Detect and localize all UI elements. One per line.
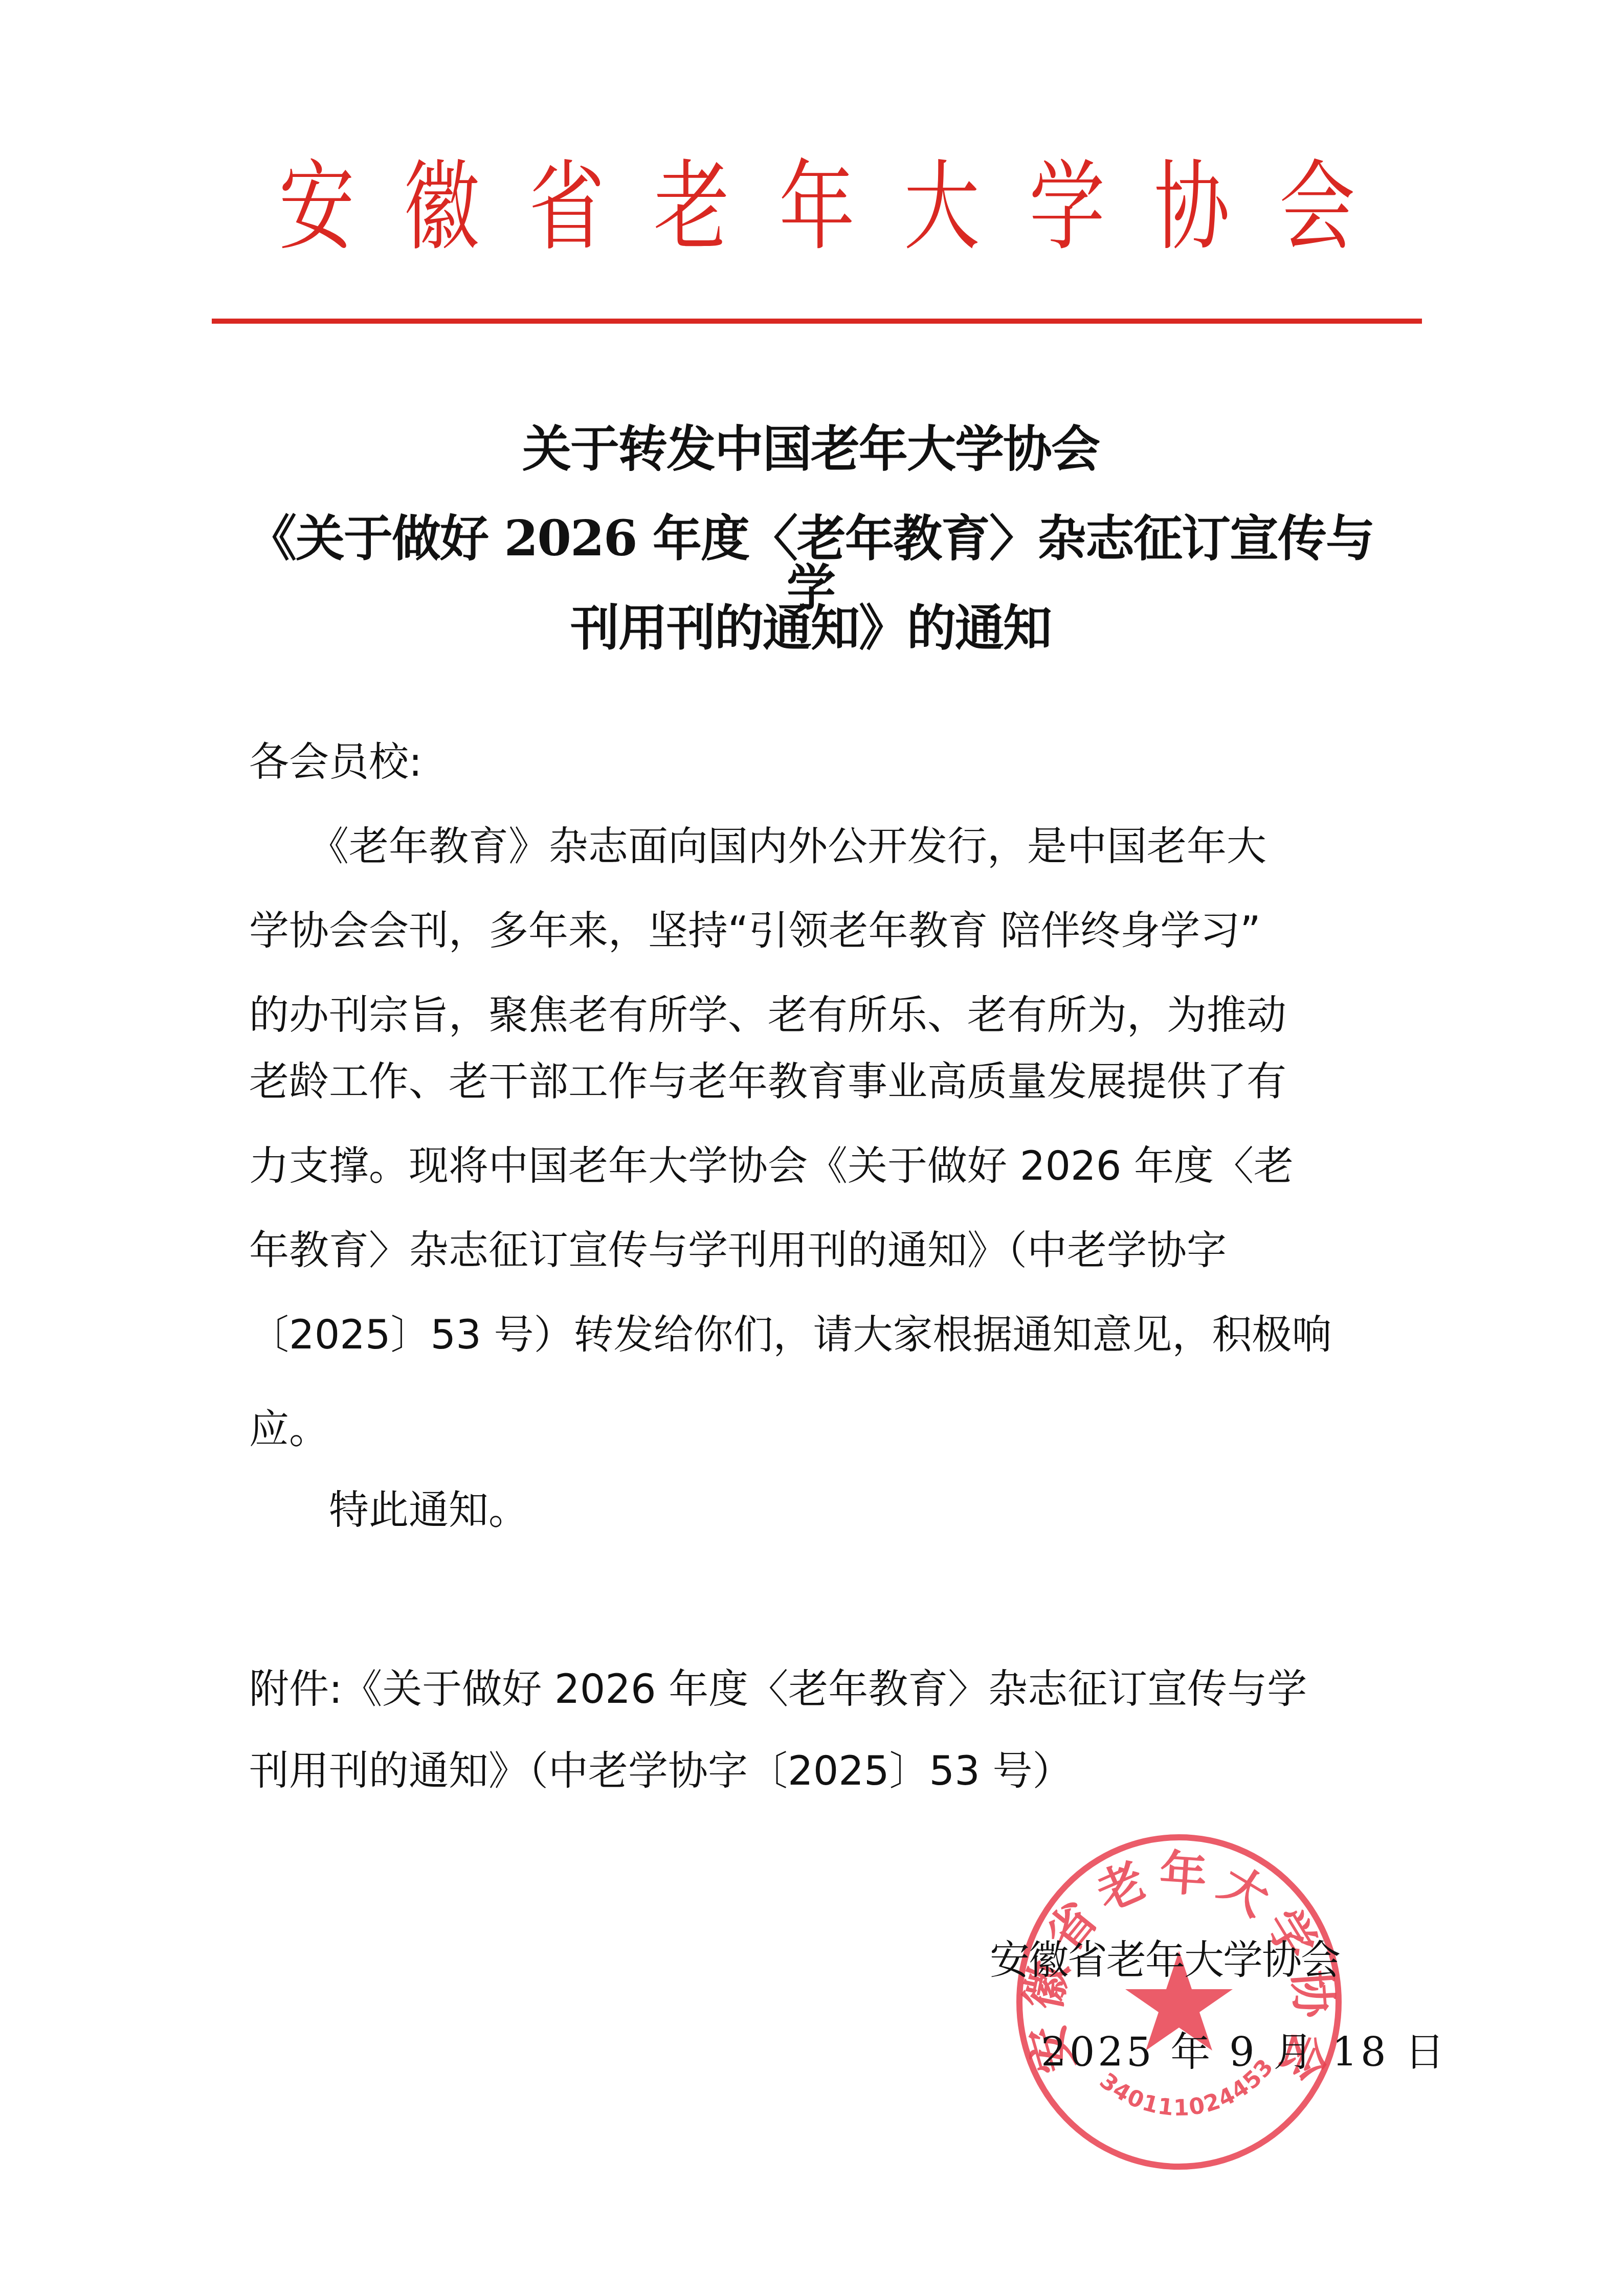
body-line: 年教育〉杂志征订宣传与学刊用刊的通知》（中老学协字 [249,1231,1390,1271]
attachment-line-1: 附件:《关于做好 2026 年度〈老年教育〉杂志征订宣传与学 [249,1670,1390,1709]
body-line: 应。 [249,1410,1390,1450]
body-line: 的办刊宗旨，聚焦老有所学、老有所乐、老有所为，为推动 [249,996,1390,1036]
masthead-char: 省 [529,159,605,256]
masthead-char: 年 [779,159,855,256]
red-rule-divider [212,319,1422,324]
body-line: 〔2025〕53 号）转发给你们，请大家根据通知意见，积极响 [249,1315,1390,1355]
official-seal-icon: 安徽省老年大学协会 3401110244538 [1010,1826,1348,2173]
body-line: 学协会会刊，多年来，坚持“引领老年教育 陪伴终身学习” [249,911,1390,951]
document-title-line-3: 刊用刊的通知》的通知 [235,603,1386,652]
body-line: 《老年教育》杂志面向国内外公开发行，是中国老年大 [249,827,1390,867]
salutation: 各会员校: [249,742,1390,782]
document-title-line-1: 关于转发中国老年大学协会 [235,424,1386,474]
signature-date: 2025 年 9 月 18 日 [1041,2033,1448,2073]
body-line: 老龄工作、老干部工作与老年教育事业高质量发展提供了有 [249,1062,1390,1102]
body-line: 力支撑。现将中国老年大学协会《关于做好 2026 年度〈老 [249,1146,1390,1186]
masthead-char: 老 [654,159,729,256]
masthead-char: 协 [1154,159,1230,256]
masthead: 安 徽 省 老 年 大 学 协 会 [212,153,1422,261]
masthead-char: 会 [1279,159,1355,256]
signature-organization: 安徽省老年大学协会 [990,1941,1340,1980]
closing-line: 特此通知。 [249,1491,1390,1530]
attachment-line-2: 刊用刊的通知》（中老学协字〔2025〕53 号） [249,1751,1390,1791]
document-title-line-2: 《关于做好 2026 年度〈老年教育〉杂志征订宣传与学 [235,514,1386,612]
masthead-char: 徽 [404,159,479,256]
masthead-char: 学 [1029,159,1105,256]
masthead-char: 大 [904,159,980,256]
masthead-char: 安 [279,159,354,256]
